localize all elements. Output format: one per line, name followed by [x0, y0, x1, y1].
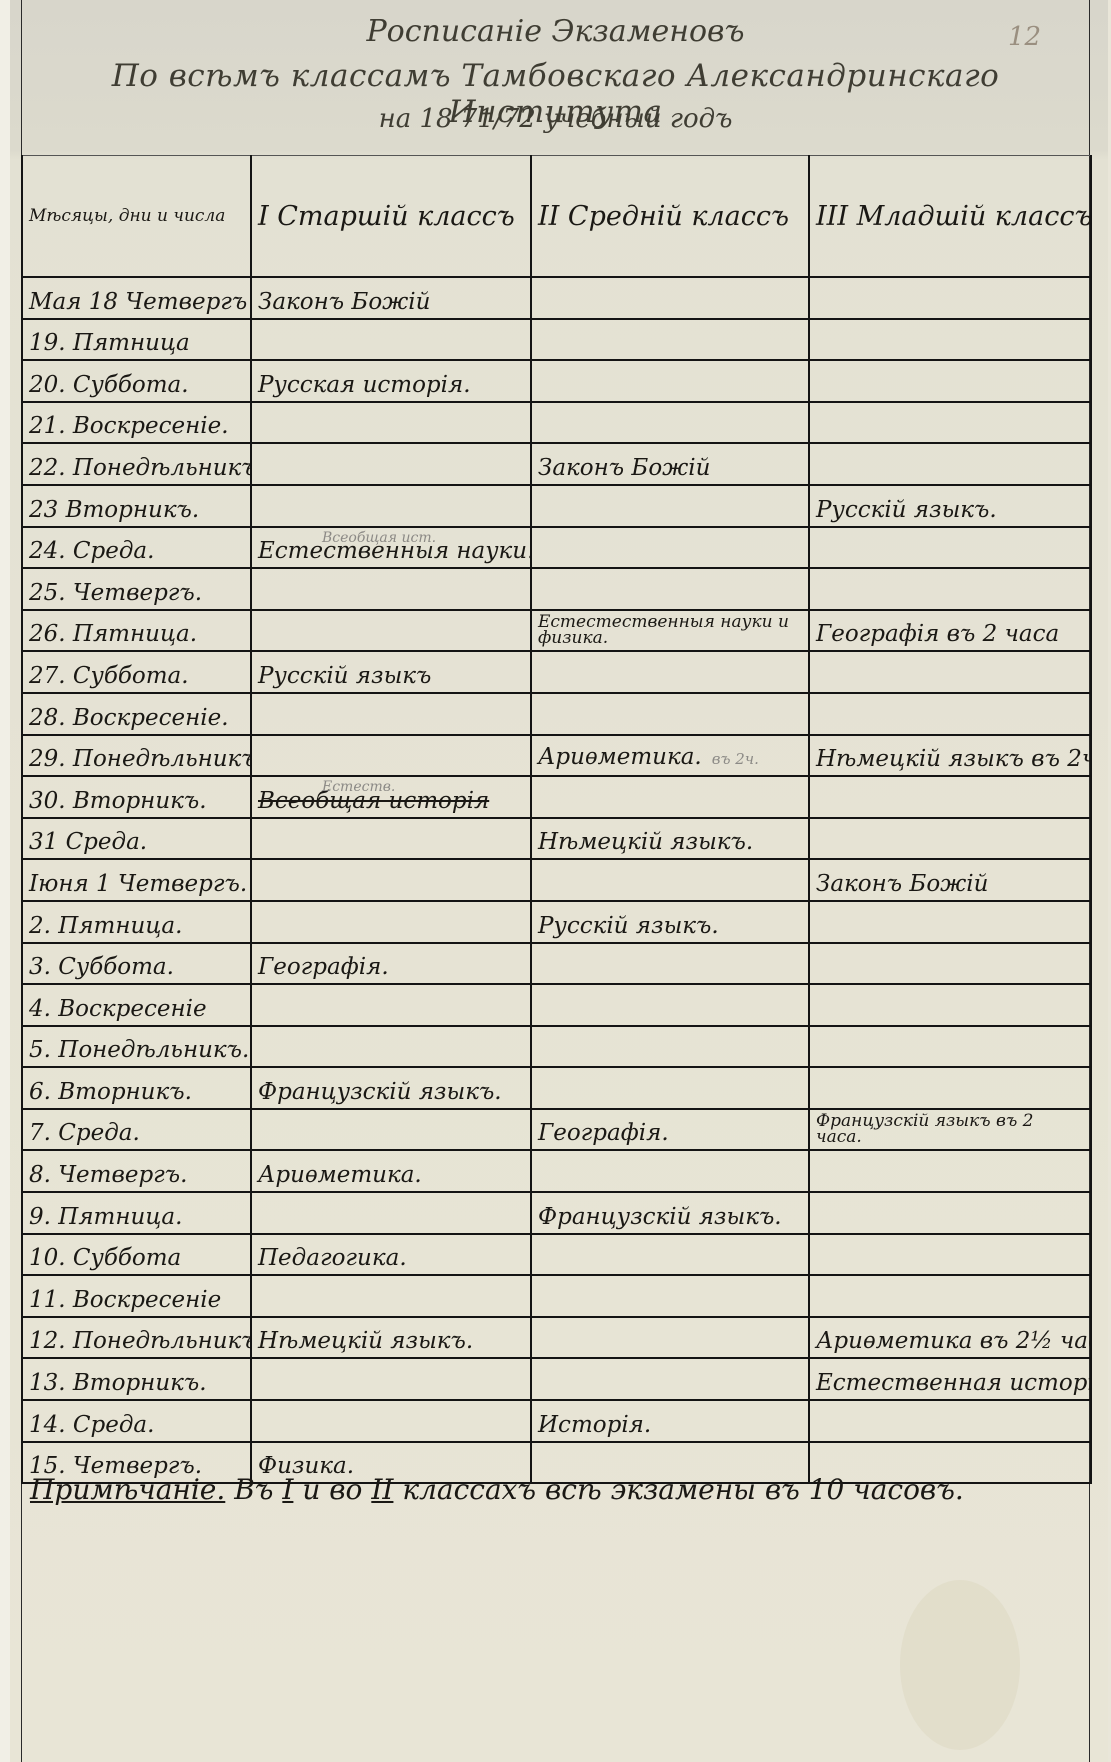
junior-class-cell: Русскій языкъ.	[809, 485, 1091, 527]
date-cell: 5. Понедѣльникъ.	[22, 1026, 251, 1068]
date-cell-text: 5. Понедѣльникъ.	[29, 1037, 249, 1063]
junior-class-cell	[809, 1275, 1091, 1317]
senior-class-cell: Педагогика.	[251, 1234, 531, 1276]
senior-class-cell: Нѣмецкій языкъ.	[251, 1317, 531, 1359]
date-cell-text: 9. Пятница.	[29, 1204, 182, 1230]
date-cell-text: Іюня 1 Четвергъ.	[29, 871, 247, 897]
junior-class-cell-text: Ариѳметика въ 2½ часа	[816, 1328, 1091, 1354]
date-cell: 11. Воскресеніе	[22, 1275, 251, 1317]
middle-class-cell: Естестественныя науки и физика.	[531, 610, 809, 652]
pencil-annotation: Естеств.	[322, 776, 395, 799]
table-row: 26. Пятница.Естестественныя науки и физи…	[22, 610, 1091, 652]
junior-class-cell	[809, 360, 1091, 402]
senior-class-cell-text: Французскій языкъ.	[258, 1079, 502, 1105]
date-cell-text: 27. Суббота.	[29, 663, 189, 689]
header-junior-class: III Младшій классъ	[809, 156, 1091, 278]
junior-class-cell	[809, 818, 1091, 860]
junior-class-cell-text: Географія въ 2 часа	[816, 621, 1059, 647]
date-cell: 19. Пятница	[22, 319, 251, 361]
junior-class-cell	[809, 1067, 1091, 1109]
middle-class-cell: Законъ Божій	[531, 443, 809, 485]
table-row: Мая 18 ЧетвергъЗаконъ Божій	[22, 277, 1091, 319]
middle-class-cell-text: Русскій языкъ.	[538, 913, 719, 939]
junior-class-cell: Ариѳметика въ 2½ часа	[809, 1317, 1091, 1359]
senior-class-cell	[251, 984, 531, 1026]
note-text-3: классахъ всѣ экзамены въ 10 часовъ.	[402, 1473, 963, 1506]
table-row: 31 Среда.Нѣмецкій языкъ.	[22, 818, 1091, 860]
junior-class-cell	[809, 319, 1091, 361]
table-row: 19. Пятница	[22, 319, 1091, 361]
senior-class-cell: Русская исторія.	[251, 360, 531, 402]
senior-class-cell-text: Нѣмецкій языкъ.	[258, 1328, 473, 1354]
senior-class-cell-text: Ариѳметика.	[258, 1162, 422, 1188]
middle-class-cell	[531, 1234, 809, 1276]
junior-class-cell	[809, 1234, 1091, 1276]
senior-class-cell	[251, 1192, 531, 1234]
middle-class-cell: Французскій языкъ.	[531, 1192, 809, 1234]
pencil-annotation: въ 2ч.	[712, 750, 759, 768]
date-cell-text: 12. Понедѣльникъ	[29, 1328, 251, 1354]
date-cell-text: 19. Пятница	[29, 330, 190, 356]
senior-class-cell-text: Географія.	[258, 954, 389, 980]
senior-class-cell	[251, 610, 531, 652]
middle-class-cell	[531, 943, 809, 985]
table-row: Іюня 1 Четвергъ.Законъ Божій	[22, 859, 1091, 901]
date-cell-text: 11. Воскресеніе	[29, 1287, 221, 1313]
junior-class-cell	[809, 443, 1091, 485]
middle-class-cell: Русскій языкъ.	[531, 901, 809, 943]
date-cell-text: 6. Вторникъ.	[29, 1079, 192, 1105]
senior-class-cell	[251, 1358, 531, 1400]
table-row: 8. Четвергъ.Ариѳметика.	[22, 1150, 1091, 1192]
junior-class-cell	[809, 402, 1091, 444]
date-cell: 13. Вторникъ.	[22, 1358, 251, 1400]
table-row: 10. СубботаПедагогика.	[22, 1234, 1091, 1276]
junior-class-cell	[809, 1400, 1091, 1442]
pencil-annotation: Всеобщая ист.	[322, 527, 436, 550]
date-cell-text: 7. Среда.	[29, 1120, 140, 1146]
senior-class-cell: Законъ Божій	[251, 277, 531, 319]
header-row: Мѣсяцы, дни и числа I Старшій классъ II …	[22, 156, 1091, 278]
table-row: 4. Воскресеніе	[22, 984, 1091, 1026]
table-row: 24. Среда.Естественныя науки.Всеобщая ис…	[22, 527, 1091, 569]
senior-class-cell-text: Педагогика.	[258, 1245, 407, 1271]
date-cell-text: 2. Пятница.	[29, 913, 182, 939]
date-cell-text: 21. Воскресеніе.	[29, 413, 229, 439]
date-cell: 7. Среда.	[22, 1109, 251, 1151]
date-cell-text: 26. Пятница.	[29, 621, 197, 647]
note-class-1: I	[282, 1473, 293, 1506]
date-cell: Іюня 1 Четвергъ.	[22, 859, 251, 901]
middle-class-cell	[531, 1150, 809, 1192]
middle-class-cell	[531, 693, 809, 735]
middle-class-cell-text: Географія.	[538, 1120, 669, 1146]
senior-class-cell	[251, 568, 531, 610]
middle-class-cell	[531, 984, 809, 1026]
exam-schedule-table: Мѣсяцы, дни и числа I Старшій классъ II …	[21, 155, 1092, 1484]
academic-year: на 18 71/72 учебный годъ	[21, 104, 1090, 134]
senior-class-cell: Русскій языкъ	[251, 651, 531, 693]
date-cell-text: 29. Понедѣльникъ	[29, 746, 251, 772]
date-cell-text: 30. Вторникъ.	[29, 788, 207, 814]
table-row: 30. Вторникъ.Всеобщая исторіяЕстеств.	[22, 776, 1091, 818]
note-label: Примѣчаніе.	[30, 1473, 225, 1506]
middle-class-cell	[531, 527, 809, 569]
middle-class-cell	[531, 277, 809, 319]
middle-class-cell-text: Исторія.	[538, 1412, 651, 1438]
date-cell: 6. Вторникъ.	[22, 1067, 251, 1109]
junior-class-cell	[809, 1150, 1091, 1192]
senior-class-cell	[251, 735, 531, 777]
note-text-2: и во	[302, 1473, 362, 1506]
date-cell-text: 23 Вторникъ.	[29, 497, 199, 523]
middle-class-cell: Географія.	[531, 1109, 809, 1151]
junior-class-cell	[809, 776, 1091, 818]
document-title: Росписаніе Экзаменовъ	[21, 14, 1090, 49]
middle-class-cell	[531, 319, 809, 361]
middle-class-cell	[531, 360, 809, 402]
junior-class-cell	[809, 527, 1091, 569]
middle-class-cell-text: Законъ Божій	[538, 455, 710, 481]
junior-class-cell: Географія въ 2 часа	[809, 610, 1091, 652]
junior-class-cell	[809, 651, 1091, 693]
date-cell-text: 24. Среда.	[29, 538, 154, 564]
junior-class-cell	[809, 984, 1091, 1026]
date-cell-text: Мая 18 Четвергъ	[29, 289, 247, 315]
page-number: 12	[1008, 22, 1041, 52]
junior-class-cell-text: Русскій языкъ.	[816, 497, 997, 523]
senior-class-cell: Географія.	[251, 943, 531, 985]
date-cell: 2. Пятница.	[22, 901, 251, 943]
middle-class-cell: Ариѳметика.въ 2ч.	[531, 735, 809, 777]
title-block: Росписаніе Экзаменовъ По всѣмъ классамъ …	[21, 0, 1090, 155]
date-cell-text: 20. Суббота.	[29, 372, 189, 398]
date-cell: 20. Суббота.	[22, 360, 251, 402]
date-cell: 22. Понедѣльникъ	[22, 443, 251, 485]
senior-class-cell	[251, 485, 531, 527]
middle-class-cell	[531, 1275, 809, 1317]
senior-class-cell-text: Русскій языкъ	[258, 663, 431, 689]
footnote: Примѣчаніе. Въ I и во II классахъ всѣ эк…	[30, 1473, 1080, 1506]
junior-class-cell-text: Нѣмецкій языкъ въ 2ч.	[816, 746, 1091, 772]
junior-class-cell: Естественная исторія	[809, 1358, 1091, 1400]
junior-class-cell	[809, 901, 1091, 943]
junior-class-cell-text: Французскій языкъ въ 2 часа.	[816, 1111, 1034, 1147]
table-row: 29. ПонедѣльникъАриѳметика.въ 2ч.Нѣмецкі…	[22, 735, 1091, 777]
junior-class-cell	[809, 943, 1091, 985]
middle-class-cell	[531, 1026, 809, 1068]
senior-class-cell: Естественныя науки.Всеобщая ист.	[251, 527, 531, 569]
senior-class-cell	[251, 319, 531, 361]
middle-class-cell	[531, 1067, 809, 1109]
table-row: 2. Пятница.Русскій языкъ.	[22, 901, 1091, 943]
date-cell: 24. Среда.	[22, 527, 251, 569]
senior-class-cell	[251, 901, 531, 943]
table-row: 23 Вторникъ.Русскій языкъ.	[22, 485, 1091, 527]
date-cell-text: 3. Суббота.	[29, 954, 174, 980]
middle-class-cell	[531, 651, 809, 693]
date-cell: 3. Суббота.	[22, 943, 251, 985]
table-row: 20. Суббота.Русская исторія.	[22, 360, 1091, 402]
senior-class-cell: Всеобщая исторіяЕстеств.	[251, 776, 531, 818]
note-text-1: Въ	[234, 1473, 273, 1506]
date-cell: 25. Четвергъ.	[22, 568, 251, 610]
date-cell: 14. Среда.	[22, 1400, 251, 1442]
table-row: 11. Воскресеніе	[22, 1275, 1091, 1317]
date-cell: 9. Пятница.	[22, 1192, 251, 1234]
header-date: Мѣсяцы, дни и числа	[22, 156, 251, 278]
date-cell-text: 4. Воскресеніе	[29, 996, 207, 1022]
middle-class-cell-text: Ариѳметика.	[538, 744, 702, 770]
senior-class-cell: Ариѳметика.	[251, 1150, 531, 1192]
table-row: 22. ПонедѣльникъЗаконъ Божій	[22, 443, 1091, 485]
note-class-2: II	[371, 1473, 393, 1506]
date-cell-text: 22. Понедѣльникъ	[29, 455, 251, 481]
date-cell-text: 8. Четвергъ.	[29, 1162, 187, 1188]
date-cell: 28. Воскресеніе.	[22, 693, 251, 735]
date-cell: 10. Суббота	[22, 1234, 251, 1276]
table-row: 3. Суббота.Географія.	[22, 943, 1091, 985]
senior-class-cell	[251, 1109, 531, 1151]
senior-class-cell-text: Русская исторія.	[258, 372, 471, 398]
date-cell: 12. Понедѣльникъ	[22, 1317, 251, 1359]
date-cell: 8. Четвергъ.	[22, 1150, 251, 1192]
junior-class-cell	[809, 568, 1091, 610]
table-row: 25. Четвергъ.	[22, 568, 1091, 610]
middle-class-cell	[531, 568, 809, 610]
date-cell: 26. Пятница.	[22, 610, 251, 652]
date-cell: Мая 18 Четвергъ	[22, 277, 251, 319]
senior-class-cell	[251, 402, 531, 444]
senior-class-cell	[251, 1400, 531, 1442]
junior-class-cell	[809, 277, 1091, 319]
date-cell-text: 13. Вторникъ.	[29, 1370, 207, 1396]
senior-class-cell	[251, 859, 531, 901]
senior-class-cell	[251, 443, 531, 485]
junior-class-cell	[809, 1192, 1091, 1234]
junior-class-cell-text: Законъ Божій	[816, 871, 988, 897]
table-row: 28. Воскресеніе.	[22, 693, 1091, 735]
date-cell: 31 Среда.	[22, 818, 251, 860]
table-row: 9. Пятница.Французскій языкъ.	[22, 1192, 1091, 1234]
middle-class-cell	[531, 1317, 809, 1359]
table-row: 21. Воскресеніе.	[22, 402, 1091, 444]
junior-class-cell-text: Естественная исторія	[816, 1370, 1091, 1396]
senior-class-cell	[251, 818, 531, 860]
date-cell: 4. Воскресеніе	[22, 984, 251, 1026]
middle-class-cell	[531, 859, 809, 901]
date-cell-text: 25. Четвергъ.	[29, 580, 202, 606]
date-cell: 29. Понедѣльникъ	[22, 735, 251, 777]
table-row: 6. Вторникъ.Французскій языкъ.	[22, 1067, 1091, 1109]
middle-class-cell: Нѣмецкій языкъ.	[531, 818, 809, 860]
table-row: 5. Понедѣльникъ.	[22, 1026, 1091, 1068]
junior-class-cell	[809, 1026, 1091, 1068]
date-cell-text: 31 Среда.	[29, 829, 147, 855]
schedule-body: Мая 18 ЧетвергъЗаконъ Божій19. Пятница20…	[22, 277, 1091, 1483]
middle-class-cell: Исторія.	[531, 1400, 809, 1442]
middle-class-cell	[531, 485, 809, 527]
middle-class-cell	[531, 402, 809, 444]
junior-class-cell	[809, 693, 1091, 735]
date-cell: 27. Суббота.	[22, 651, 251, 693]
paper-edge	[0, 0, 10, 1762]
senior-class-cell	[251, 693, 531, 735]
date-cell-text: 10. Суббота	[29, 1245, 181, 1271]
date-cell: 21. Воскресеніе.	[22, 402, 251, 444]
table-row: 12. ПонедѣльникъНѣмецкій языкъ.Ариѳметик…	[22, 1317, 1091, 1359]
table-row: 14. Среда.Исторія.	[22, 1400, 1091, 1442]
date-cell: 23 Вторникъ.	[22, 485, 251, 527]
middle-class-cell	[531, 776, 809, 818]
junior-class-cell: Нѣмецкій языкъ въ 2ч.	[809, 735, 1091, 777]
date-cell-text: 14. Среда.	[29, 1412, 154, 1438]
header-senior-class: I Старшій классъ	[251, 156, 531, 278]
table-row: 27. Суббота.Русскій языкъ	[22, 651, 1091, 693]
junior-class-cell: Законъ Божій	[809, 859, 1091, 901]
senior-class-cell	[251, 1026, 531, 1068]
middle-class-cell-text: Нѣмецкій языкъ.	[538, 829, 753, 855]
header-middle-class: II Средній классъ	[531, 156, 809, 278]
senior-class-cell	[251, 1275, 531, 1317]
middle-class-cell	[531, 1358, 809, 1400]
table-row: 13. Вторникъ.Естественная исторія	[22, 1358, 1091, 1400]
senior-class-cell-text: Законъ Божій	[258, 289, 430, 315]
table-row: 7. Среда.Географія.Французскій языкъ въ …	[22, 1109, 1091, 1151]
date-cell: 30. Вторникъ.	[22, 776, 251, 818]
junior-class-cell: Французскій языкъ въ 2 часа.	[809, 1109, 1091, 1151]
middle-class-cell-text: Естестественныя науки и физика.	[538, 612, 789, 648]
middle-class-cell-text: Французскій языкъ.	[538, 1204, 782, 1230]
date-cell-text: 28. Воскресеніе.	[29, 705, 229, 731]
senior-class-cell: Французскій языкъ.	[251, 1067, 531, 1109]
